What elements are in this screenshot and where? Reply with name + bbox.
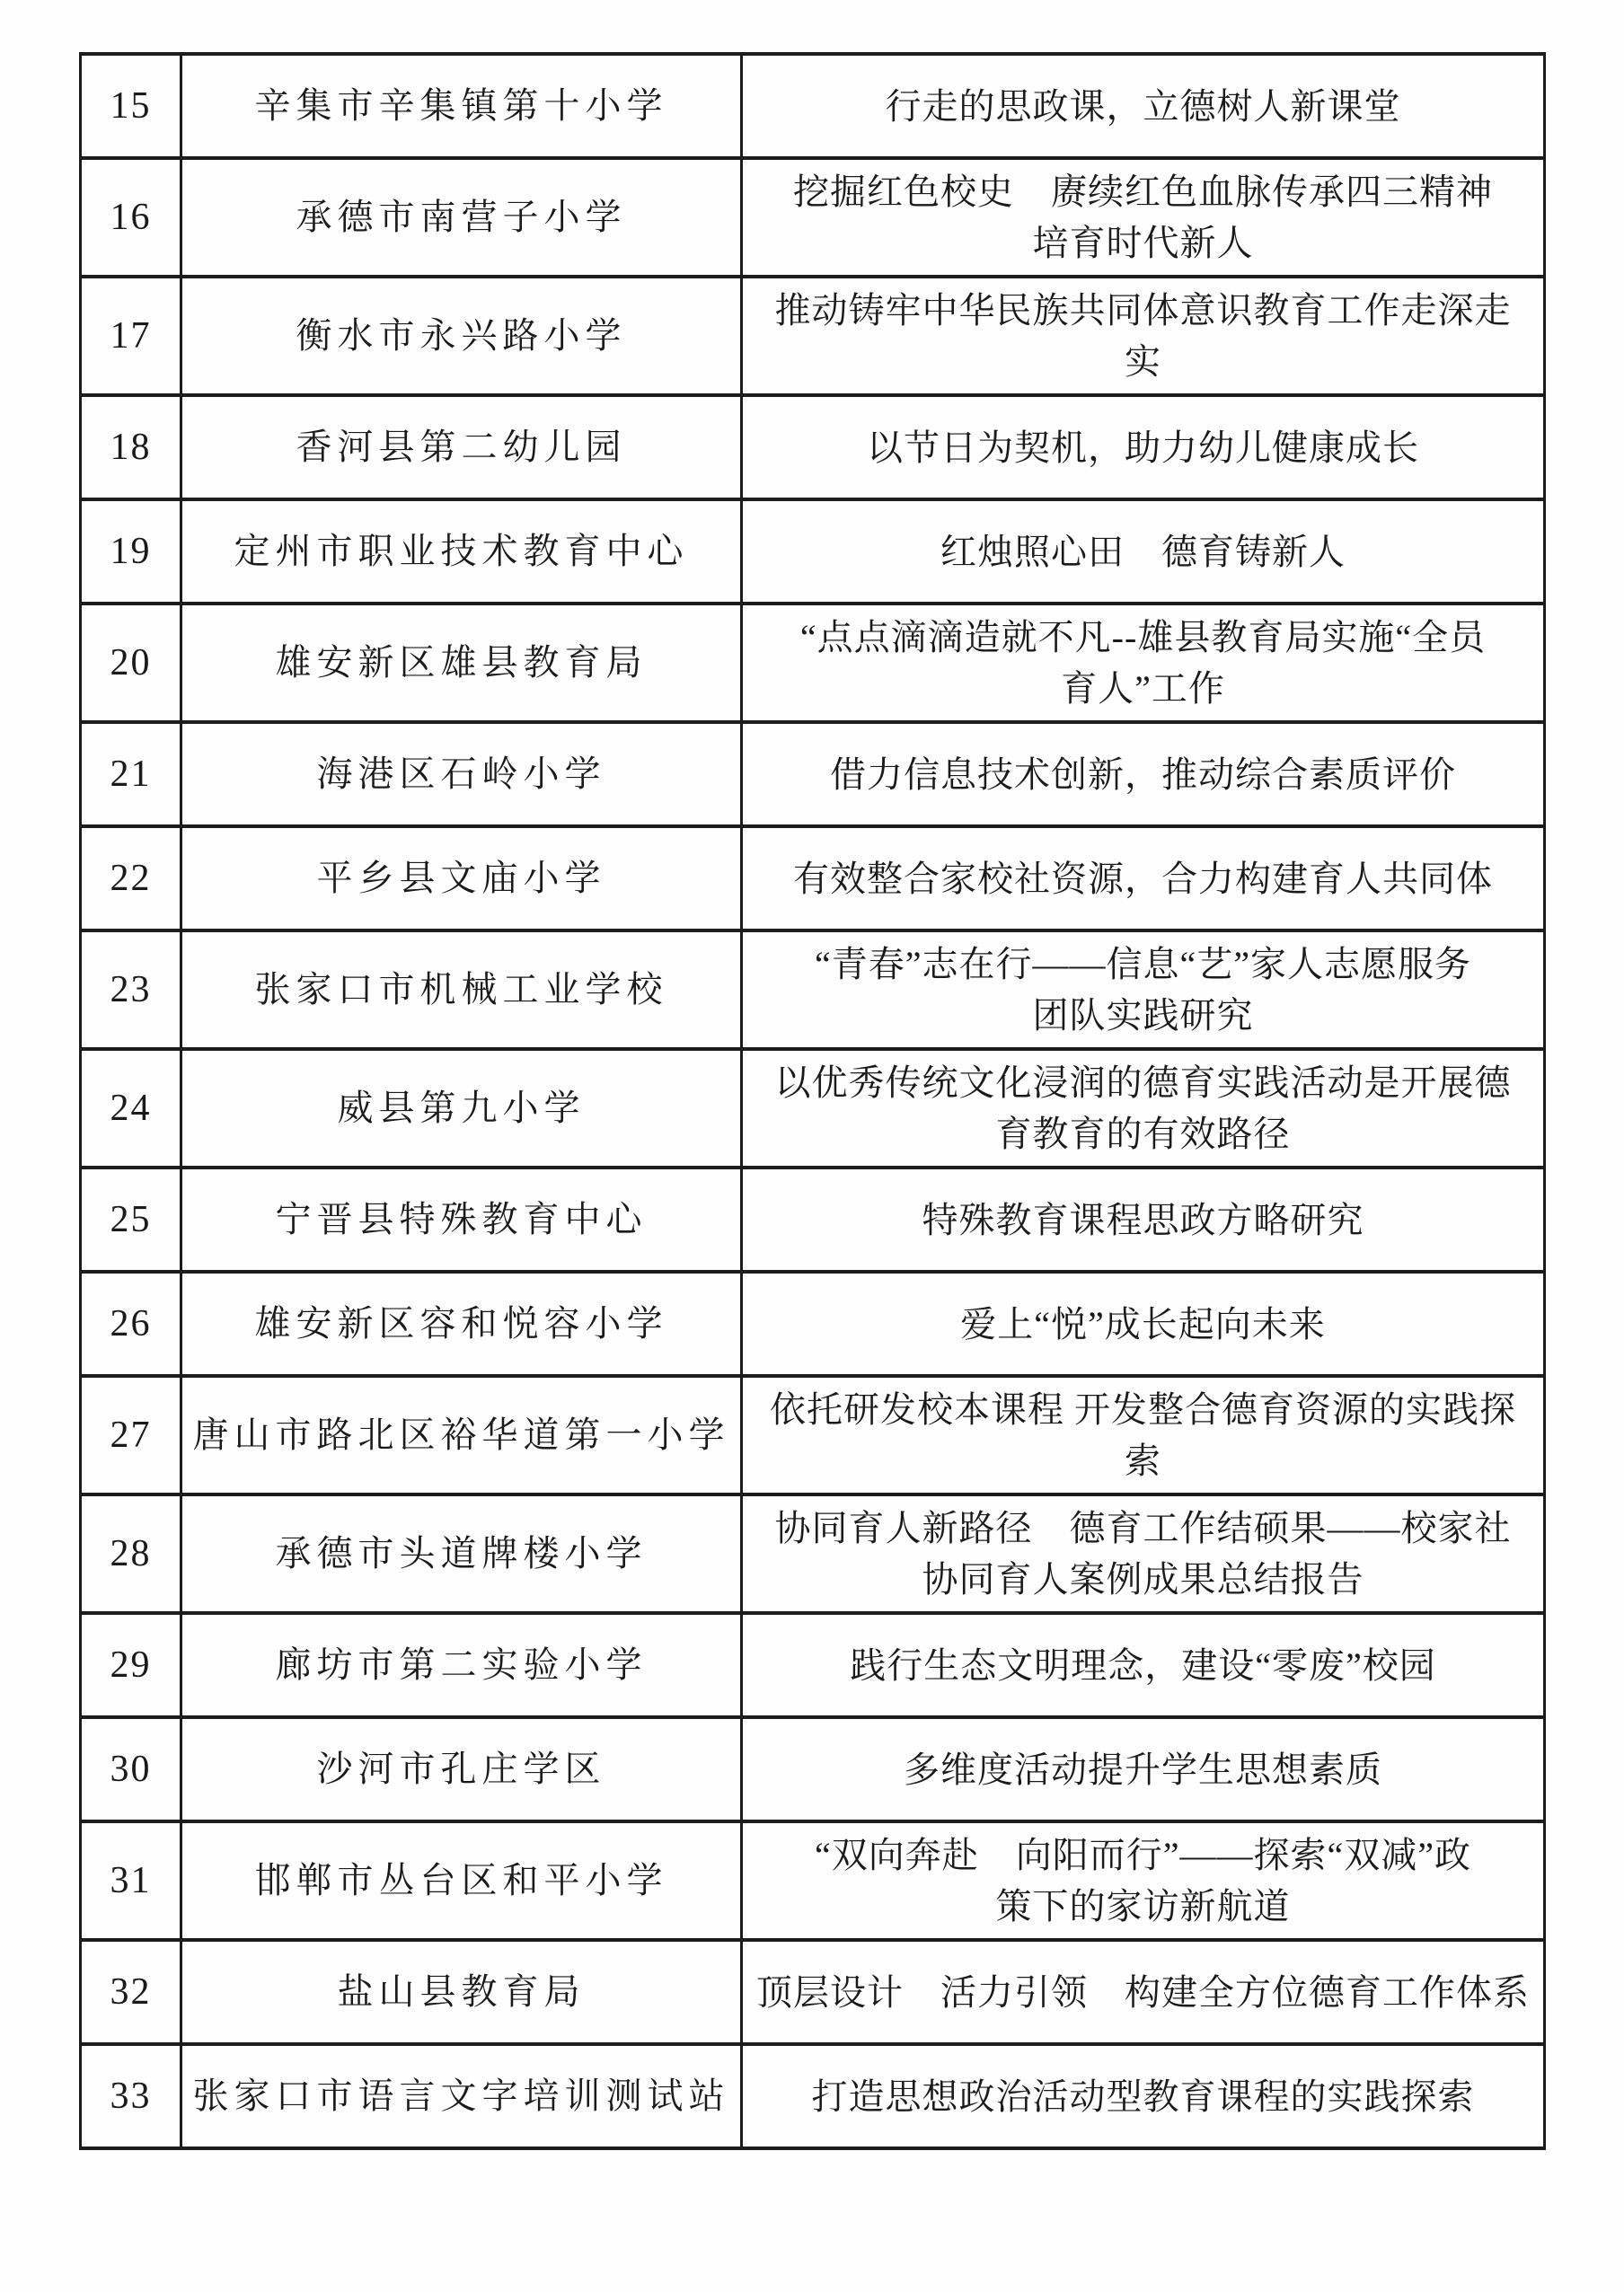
project-title-cell: “青春”志在行——信息“艺”家人志愿服务 团队实践研究 <box>742 930 1545 1049</box>
school-name-cell: 承德市头道牌楼小学 <box>181 1494 742 1613</box>
project-title-cell: 行走的思政课，立德树人新课堂 <box>742 54 1545 158</box>
project-title-cell: 挖掘红色校史 赓续红色血脉传承四三精神 培育时代新人 <box>742 158 1545 277</box>
project-title-cell: 以节日为契机，助力幼儿健康成长 <box>742 395 1545 499</box>
project-title-cell: 以优秀传统文化浸润的德育实践活动是开展德 育教育的有效路径 <box>742 1049 1545 1168</box>
row-number-cell: 30 <box>81 1717 181 1821</box>
project-title-cell: 打造思想政治活动型教育课程的实践探索 <box>742 2044 1545 2148</box>
row-number-cell: 15 <box>81 54 181 158</box>
school-name-cell: 海港区石岭小学 <box>181 722 742 826</box>
school-name-cell: 雄安新区雄县教育局 <box>181 604 742 722</box>
school-name-cell: 承德市南营子小学 <box>181 158 742 277</box>
table-row: 33 张家口市语言文字培训测试站 打造思想政治活动型教育课程的实践探索 <box>81 2044 1545 2148</box>
row-number-cell: 17 <box>81 277 181 395</box>
school-name-cell: 沙河市孔庄学区 <box>181 1717 742 1821</box>
row-number-cell: 20 <box>81 604 181 722</box>
project-title-cell: 多维度活动提升学生思想素质 <box>742 1717 1545 1821</box>
school-name-cell: 盐山县教育局 <box>181 1940 742 2044</box>
school-name-cell: 雄安新区容和悦容小学 <box>181 1272 742 1376</box>
row-number-cell: 28 <box>81 1494 181 1613</box>
row-number-cell: 26 <box>81 1272 181 1376</box>
table-row: 30 沙河市孔庄学区 多维度活动提升学生思想素质 <box>81 1717 1545 1821</box>
project-title-cell: 依托研发校本课程 开发整合德育资源的实践探 索 <box>742 1376 1545 1494</box>
table-row: 28 承德市头道牌楼小学 协同育人新路径 德育工作结硕果——校家社 协同育人案例… <box>81 1494 1545 1613</box>
table-row: 19 定州市职业技术教育中心 红烛照心田 德育铸新人 <box>81 499 1545 604</box>
project-title-cell: “点点滴滴造就不凡--雄县教育局实施“全员 育人”工作 <box>742 604 1545 722</box>
project-title-cell: 推动铸牢中华民族共同体意识教育工作走深走 实 <box>742 277 1545 395</box>
table-row: 29 廊坊市第二实验小学 践行生态文明理念，建设“零废”校园 <box>81 1613 1545 1717</box>
table-row: 26 雄安新区容和悦容小学 爱上“悦”成长起向未来 <box>81 1272 1545 1376</box>
school-name-cell: 辛集市辛集镇第十小学 <box>181 54 742 158</box>
row-number-cell: 22 <box>81 826 181 930</box>
school-name-cell: 平乡县文庙小学 <box>181 826 742 930</box>
row-number-cell: 33 <box>81 2044 181 2148</box>
school-name-cell: 张家口市语言文字培训测试站 <box>181 2044 742 2148</box>
project-title-cell: 顶层设计 活力引领 构建全方位德育工作体系 <box>742 1940 1545 2044</box>
table-row: 20 雄安新区雄县教育局 “点点滴滴造就不凡--雄县教育局实施“全员 育人”工作 <box>81 604 1545 722</box>
scanned-document-page: 15 辛集市辛集镇第十小学 行走的思政课，立德树人新课堂 16 承德市南营子小学… <box>0 0 1624 2292</box>
school-name-cell: 威县第九小学 <box>181 1049 742 1168</box>
table-row: 24 威县第九小学 以优秀传统文化浸润的德育实践活动是开展德 育教育的有效路径 <box>81 1049 1545 1168</box>
row-number-cell: 25 <box>81 1168 181 1272</box>
award-table: 15 辛集市辛集镇第十小学 行走的思政课，立德树人新课堂 16 承德市南营子小学… <box>79 52 1546 2150</box>
school-name-cell: 唐山市路北区裕华道第一小学 <box>181 1376 742 1494</box>
table-row: 32 盐山县教育局 顶层设计 活力引领 构建全方位德育工作体系 <box>81 1940 1545 2044</box>
school-name-cell: 宁晋县特殊教育中心 <box>181 1168 742 1272</box>
table-row: 15 辛集市辛集镇第十小学 行走的思政课，立德树人新课堂 <box>81 54 1545 158</box>
project-title-cell: 红烛照心田 德育铸新人 <box>742 499 1545 604</box>
project-title-cell: 爱上“悦”成长起向未来 <box>742 1272 1545 1376</box>
table-row: 17 衡水市永兴路小学 推动铸牢中华民族共同体意识教育工作走深走 实 <box>81 277 1545 395</box>
table-row: 18 香河县第二幼儿园 以节日为契机，助力幼儿健康成长 <box>81 395 1545 499</box>
table-row: 23 张家口市机械工业学校 “青春”志在行——信息“艺”家人志愿服务 团队实践研… <box>81 930 1545 1049</box>
row-number-cell: 19 <box>81 499 181 604</box>
table-row: 16 承德市南营子小学 挖掘红色校史 赓续红色血脉传承四三精神 培育时代新人 <box>81 158 1545 277</box>
project-title-cell: 借力信息技术创新，推动综合素质评价 <box>742 722 1545 826</box>
school-name-cell: 张家口市机械工业学校 <box>181 930 742 1049</box>
project-title-cell: 特殊教育课程思政方略研究 <box>742 1168 1545 1272</box>
row-number-cell: 27 <box>81 1376 181 1494</box>
project-title-cell: 有效整合家校社资源，合力构建育人共同体 <box>742 826 1545 930</box>
project-title-cell: 协同育人新路径 德育工作结硕果——校家社 协同育人案例成果总结报告 <box>742 1494 1545 1613</box>
school-name-cell: 衡水市永兴路小学 <box>181 277 742 395</box>
row-number-cell: 31 <box>81 1821 181 1940</box>
table-row: 25 宁晋县特殊教育中心 特殊教育课程思政方略研究 <box>81 1168 1545 1272</box>
table-row: 22 平乡县文庙小学 有效整合家校社资源，合力构建育人共同体 <box>81 826 1545 930</box>
school-name-cell: 香河县第二幼儿园 <box>181 395 742 499</box>
row-number-cell: 23 <box>81 930 181 1049</box>
row-number-cell: 24 <box>81 1049 181 1168</box>
table-row: 27 唐山市路北区裕华道第一小学 依托研发校本课程 开发整合德育资源的实践探 索 <box>81 1376 1545 1494</box>
row-number-cell: 32 <box>81 1940 181 2044</box>
row-number-cell: 16 <box>81 158 181 277</box>
row-number-cell: 18 <box>81 395 181 499</box>
school-name-cell: 廊坊市第二实验小学 <box>181 1613 742 1717</box>
table-row: 21 海港区石岭小学 借力信息技术创新，推动综合素质评价 <box>81 722 1545 826</box>
school-name-cell: 邯郸市丛台区和平小学 <box>181 1821 742 1940</box>
row-number-cell: 29 <box>81 1613 181 1717</box>
table-row: 31 邯郸市丛台区和平小学 “双向奔赴 向阳而行”——探索“双减”政 策下的家访… <box>81 1821 1545 1940</box>
project-title-cell: 践行生态文明理念，建设“零废”校园 <box>742 1613 1545 1717</box>
project-title-cell: “双向奔赴 向阳而行”——探索“双减”政 策下的家访新航道 <box>742 1821 1545 1940</box>
school-name-cell: 定州市职业技术教育中心 <box>181 499 742 604</box>
row-number-cell: 21 <box>81 722 181 826</box>
